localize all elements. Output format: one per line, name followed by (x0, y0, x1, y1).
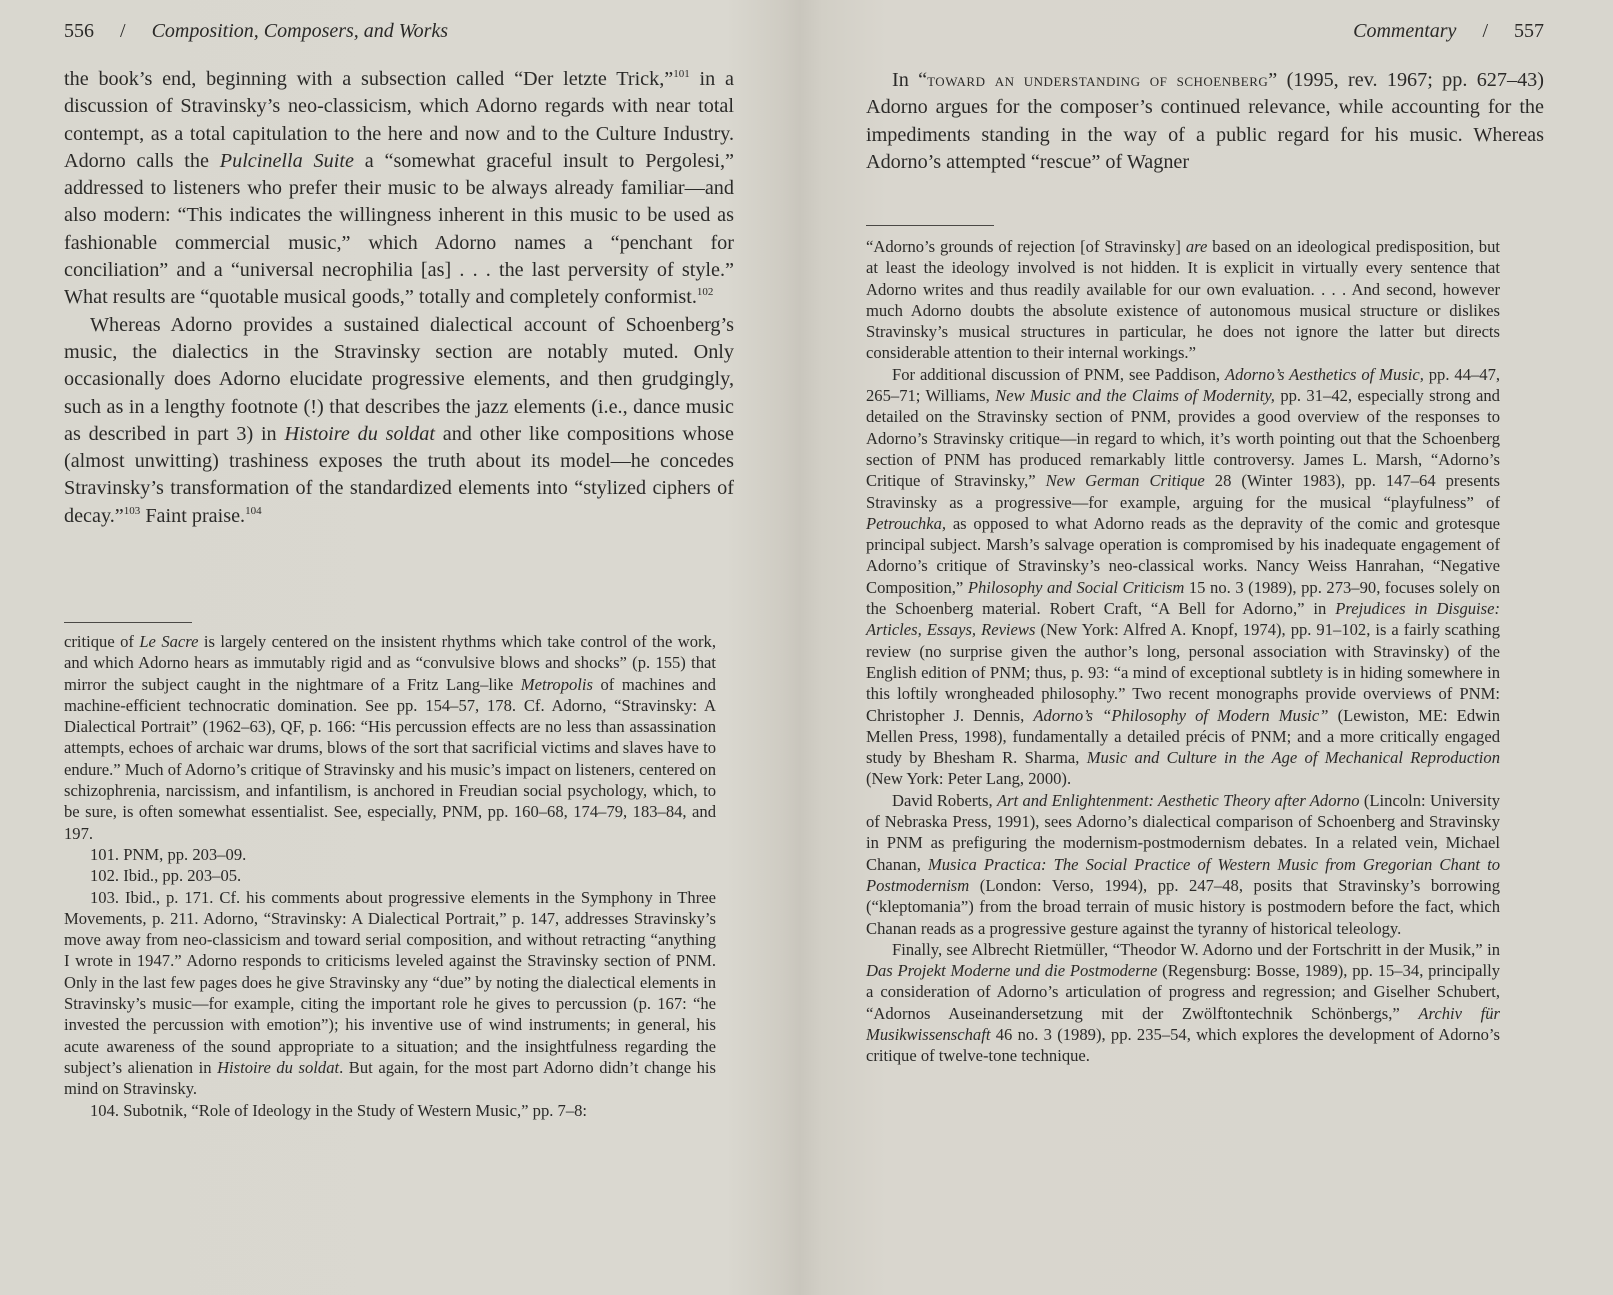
running-title: Composition, Composers, and Works (152, 20, 449, 42)
footnotes: “Adorno’s grounds of rejection [of Strav… (866, 236, 1500, 1067)
footnote-continuation: “Adorno’s grounds of rejection [of Strav… (866, 236, 1500, 364)
footnote-paragraph: Finally, see Albrecht Rietmüller, “Theod… (866, 939, 1500, 1067)
footnote-continuation: critique of Le Sacre is largely centered… (64, 631, 716, 844)
running-head-separator: / (120, 20, 126, 42)
main-text: In “toward an understanding of schoenber… (866, 67, 1544, 176)
footnote-divider (64, 622, 192, 623)
essay-title: toward an understanding of schoenberg (927, 70, 1268, 90)
footnote-paragraph: For additional discussion of PNM, see Pa… (866, 364, 1500, 790)
running-title: Commentary (1353, 20, 1456, 42)
footnote-ref[interactable]: 104 (245, 505, 262, 517)
footnote-paragraph: David Roberts, Art and Enlightenment: Ae… (866, 790, 1500, 939)
running-head-left: 556/Composition, Composers, and Works (64, 20, 448, 43)
running-head-right: Commentary/557 (1353, 20, 1544, 43)
footnote-104: 104. Subotnik, “Role of Ideology in the … (64, 1100, 716, 1121)
footnote-ref[interactable]: 102 (697, 286, 714, 298)
left-page: 556/Composition, Composers, and Works th… (64, 0, 734, 1295)
footnote-103: 103. Ibid., p. 171. Cf. his comments abo… (64, 887, 716, 1100)
footnotes: critique of Le Sacre is largely centered… (64, 631, 716, 1121)
right-page: Commentary/557 In “toward an understandi… (866, 0, 1544, 1295)
book-spread: 556/Composition, Composers, and Works th… (0, 0, 1613, 1295)
footnote-divider (866, 225, 994, 226)
footnote-ref[interactable]: 101 (673, 68, 690, 80)
footnote-102: 102. Ibid., pp. 203–05. (64, 865, 716, 886)
main-text: the book’s end, beginning with a subsect… (64, 66, 734, 530)
running-head-separator: / (1482, 20, 1488, 42)
body-paragraph: the book’s end, beginning with a subsect… (64, 66, 734, 312)
body-paragraph: In “toward an understanding of schoenber… (866, 67, 1544, 176)
page-number: 556 (64, 20, 94, 42)
page-number: 557 (1514, 20, 1544, 42)
footnote-ref[interactable]: 103 (124, 505, 141, 517)
body-paragraph: Whereas Adorno provides a sustained dial… (64, 312, 734, 530)
footnote-101: 101. PNM, pp. 203–09. (64, 844, 716, 865)
